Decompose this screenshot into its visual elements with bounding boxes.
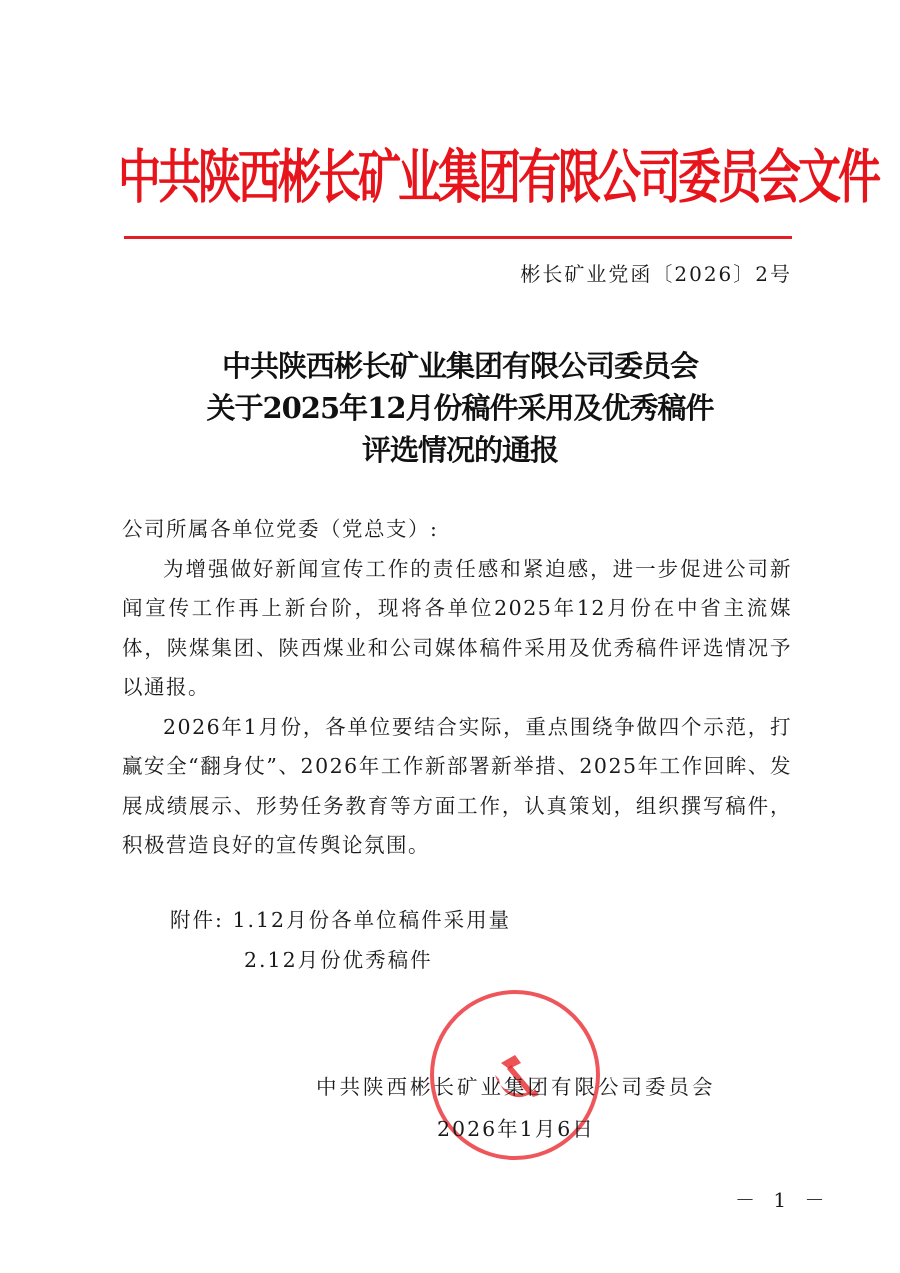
title-line-1: 中共陕西彬长矿业集团有限公司委员会	[100, 345, 820, 387]
attachment-item: 1.12月份各单位稿件采用量	[232, 908, 511, 932]
body-paragraph: 2026年1月份，各单位要结合实际，重点围绕争做四个示范，打赢安全“翻身仗”、2…	[122, 708, 792, 866]
body-paragraph: 为增强做好新闻宣传工作的责任感和紧迫感，进一步促进公司新闻宣传工作再上新台阶，现…	[122, 550, 792, 708]
issuer-header: 中共陕西彬长矿业集团有限公司委员会文件	[118, 132, 798, 214]
signature-date: 2026年1月6日	[437, 1112, 595, 1142]
attachments-label: 附件:	[170, 908, 224, 932]
title-line-3: 评选情况的通报	[100, 429, 820, 471]
salutation: 公司所属各单位党委（党总支）:	[122, 510, 792, 550]
title-line-2: 关于2025年12月份稿件采用及优秀稿件	[100, 387, 820, 429]
signatory-org: 中共陕西彬长矿业集团有限公司委员会	[316, 1070, 716, 1100]
attachment-item: 2.12月份优秀稿件	[244, 948, 433, 972]
document-body: 公司所属各单位党委（党总支）: 为增强做好新闻宣传工作的责任感和紧迫感，进一步促…	[122, 510, 792, 866]
document-title: 中共陕西彬长矿业集团有限公司委员会 关于2025年12月份稿件采用及优秀稿件 评…	[100, 345, 820, 471]
document-number: 彬长矿业党函〔2026〕2号	[520, 258, 792, 287]
attachments: 附件: 1.12月份各单位稿件采用量 2.12月份优秀稿件	[170, 900, 511, 980]
page-number: － 1 －	[735, 1184, 830, 1213]
red-divider-line	[124, 236, 792, 239]
